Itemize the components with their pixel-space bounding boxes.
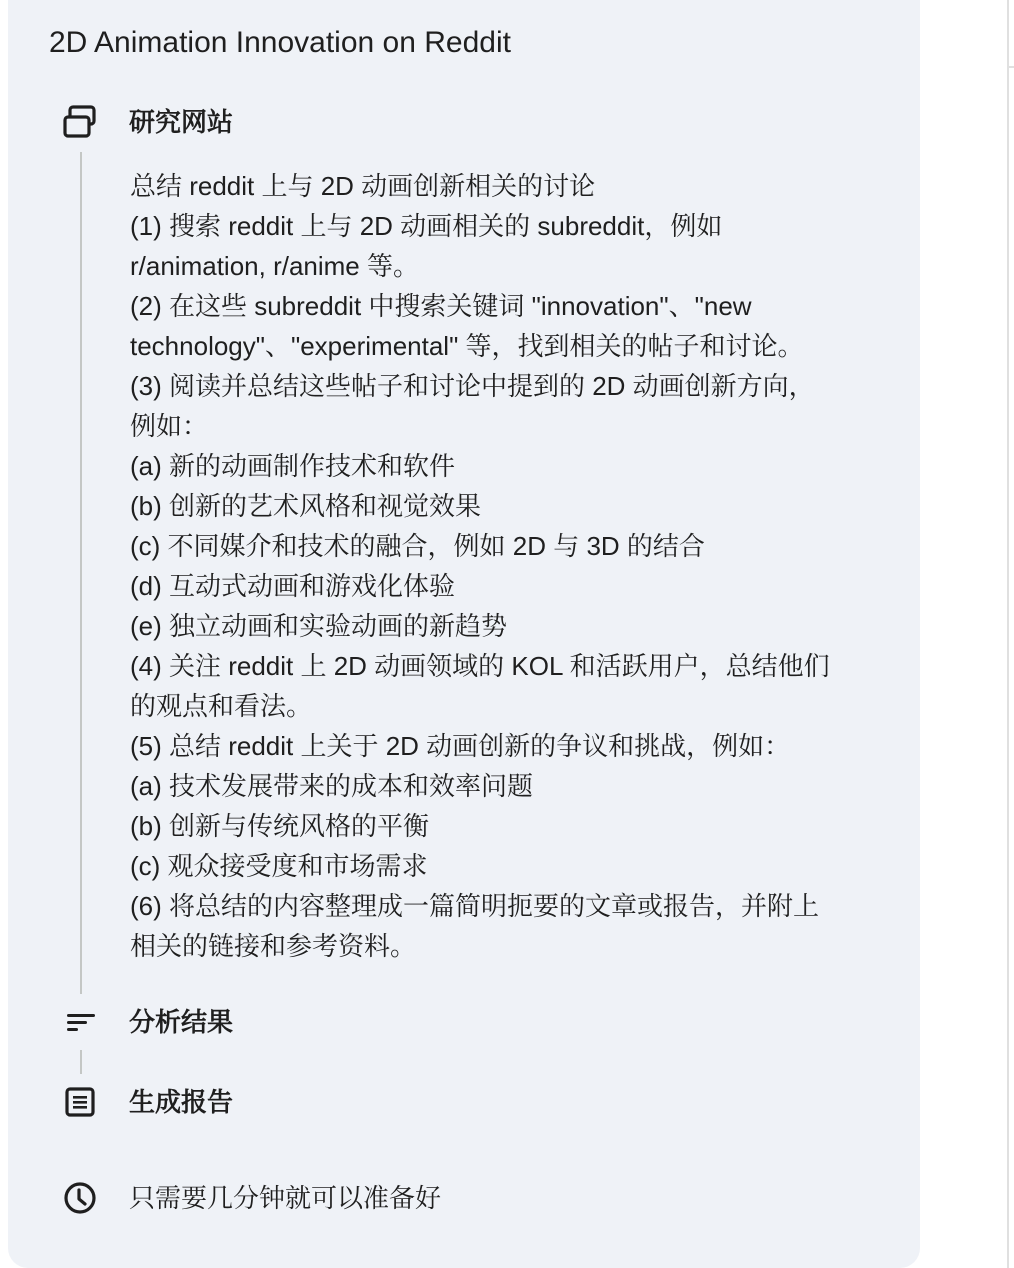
plan-line: 例如： — [130, 406, 900, 446]
step-analyze-results: 分析结果 — [60, 1002, 233, 1042]
eta-notice: 只需要几分钟就可以准备好 — [60, 1178, 441, 1218]
sort-lines-icon — [60, 1002, 100, 1042]
step-connector — [80, 1050, 82, 1074]
plan-line: (b) 创新的艺术风格和视觉效果 — [130, 486, 900, 526]
plan-line: (b) 创新与传统风格的平衡 — [130, 806, 900, 846]
plan-line: 总结 reddit 上与 2D 动画创新相关的讨论 — [130, 166, 900, 206]
plan-line: (c) 观众接受度和市场需求 — [130, 846, 900, 886]
plan-title: 2D Animation Innovation on Reddit — [49, 24, 511, 62]
plan-line: (a) 新的动画制作技术和软件 — [130, 446, 900, 486]
step-generate-report: 生成报告 — [60, 1082, 233, 1122]
plan-line: (2) 在这些 subreddit 中搜索关键词 "innovation"、"n… — [130, 286, 900, 326]
plan-line: 相关的链接和参考资料。 — [130, 926, 900, 966]
step-label: 研究网站 — [129, 105, 233, 139]
report-document-icon — [60, 1082, 100, 1122]
eta-label: 只需要几分钟就可以准备好 — [129, 1181, 441, 1215]
plan-line: (6) 将总结的内容整理成一篇简明扼要的文章或报告，并附上 — [130, 886, 900, 926]
step-label: 分析结果 — [129, 1005, 233, 1039]
panel-divider — [1007, 0, 1009, 1268]
step-research-websites: 研究网站 — [60, 102, 233, 142]
plan-line: (1) 搜索 reddit 上与 2D 动画相关的 subreddit，例如 — [130, 206, 900, 246]
plan-line: (d) 互动式动画和游戏化体验 — [130, 566, 900, 606]
panel-divider-tick — [1009, 66, 1014, 68]
step-label: 生成报告 — [129, 1085, 233, 1119]
plan-line: (5) 总结 reddit 上关于 2D 动画创新的争议和挑战，例如： — [130, 726, 900, 766]
plan-details: 总结 reddit 上与 2D 动画创新相关的讨论 (1) 搜索 reddit … — [130, 166, 900, 966]
plan-line: (a) 技术发展带来的成本和效率问题 — [130, 766, 900, 806]
plan-line: technology"、"experimental" 等，找到相关的帖子和讨论。 — [130, 326, 900, 366]
plan-line: (4) 关注 reddit 上 2D 动画领域的 KOL 和活跃用户，总结他们 — [130, 646, 900, 686]
step-connector — [80, 152, 82, 994]
plan-line: (e) 独立动画和实验动画的新趋势 — [130, 606, 900, 646]
plan-line: (3) 阅读并总结这些帖子和讨论中提到的 2D 动画创新方向， — [130, 366, 900, 406]
plan-line: r/animation, r/anime 等。 — [130, 246, 900, 286]
plan-line: 的观点和看法。 — [130, 686, 900, 726]
browse-windows-icon — [60, 102, 100, 142]
plan-line: (c) 不同媒介和技术的融合，例如 2D 与 3D 的结合 — [130, 526, 900, 566]
clock-icon — [60, 1178, 100, 1218]
